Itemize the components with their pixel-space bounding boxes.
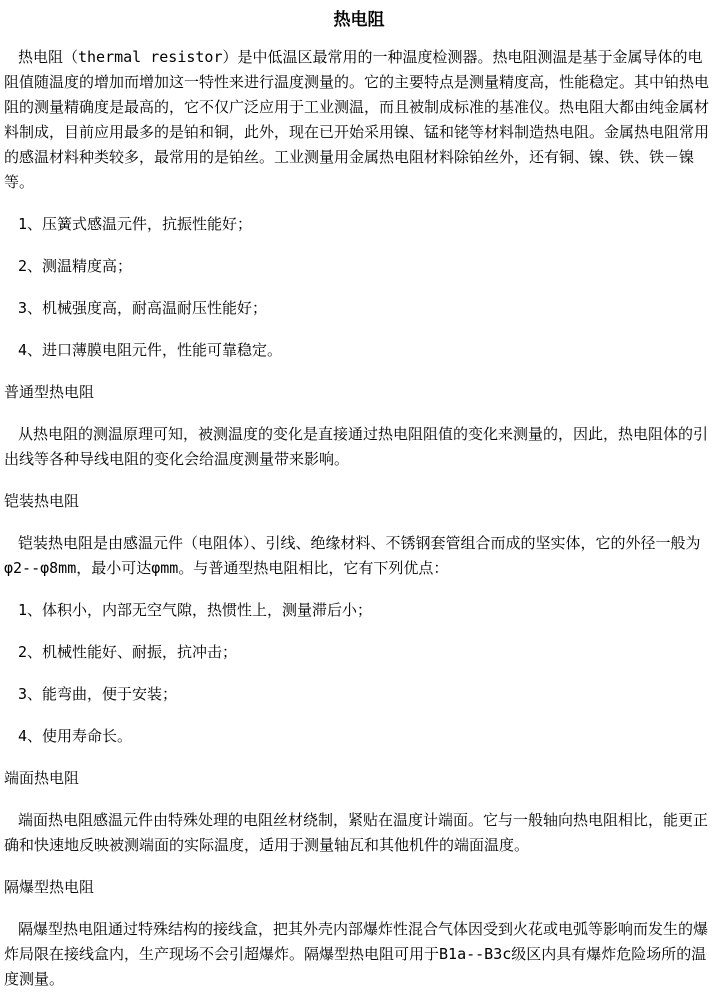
section-body-flameproof: 隔爆型热电阻通过特殊结构的接线盒，把其外壳内部爆炸性混合气体因受到火花或电弧等影…: [4, 917, 714, 992]
section-heading-ordinary: 普通型热电阻: [4, 380, 714, 405]
armored-advantage-1: 1、体积小，内部无空气隙，热惯性上，测量滞后小；: [4, 598, 714, 623]
armored-advantage-4: 4、使用寿命长。: [4, 724, 714, 749]
section-body-end-face: 端面热电阻感温元件由特殊处理的电阻丝材绕制，紧贴在温度计端面。它与一般轴向热电阻…: [4, 808, 714, 858]
section-heading-armored: 铠装热电阻: [4, 489, 714, 514]
doc-title: 热电阻: [4, 8, 714, 33]
document-body: 热电阻 热电阻（thermal resistor）是中低温区最常用的一种温度检测…: [0, 0, 720, 992]
intro-paragraph: 热电阻（thermal resistor）是中低温区最常用的一种温度检测器。热电…: [4, 45, 714, 195]
section-heading-flameproof: 隔爆型热电阻: [4, 875, 714, 900]
feature-item-3: 3、机械强度高，耐高温耐压性能好；: [4, 296, 714, 321]
armored-advantage-3: 3、能弯曲，便于安装；: [4, 682, 714, 707]
feature-item-1: 1、压簧式感温元件，抗振性能好；: [4, 212, 714, 237]
feature-item-2: 2、测温精度高；: [4, 254, 714, 279]
section-heading-end-face: 端面热电阻: [4, 766, 714, 791]
armored-advantage-2: 2、机械性能好、耐振，抗冲击；: [4, 640, 714, 665]
section-body-ordinary: 从热电阻的测温原理可知，被测温度的变化是直接通过热电阻阻值的变化来测量的，因此，…: [4, 422, 714, 472]
feature-item-4: 4、进口薄膜电阻元件，性能可靠稳定。: [4, 338, 714, 363]
section-body-armored: 铠装热电阻是由感温元件（电阻体）、引线、绝缘材料、不锈钢套管组合而成的坚实体，它…: [4, 531, 714, 581]
